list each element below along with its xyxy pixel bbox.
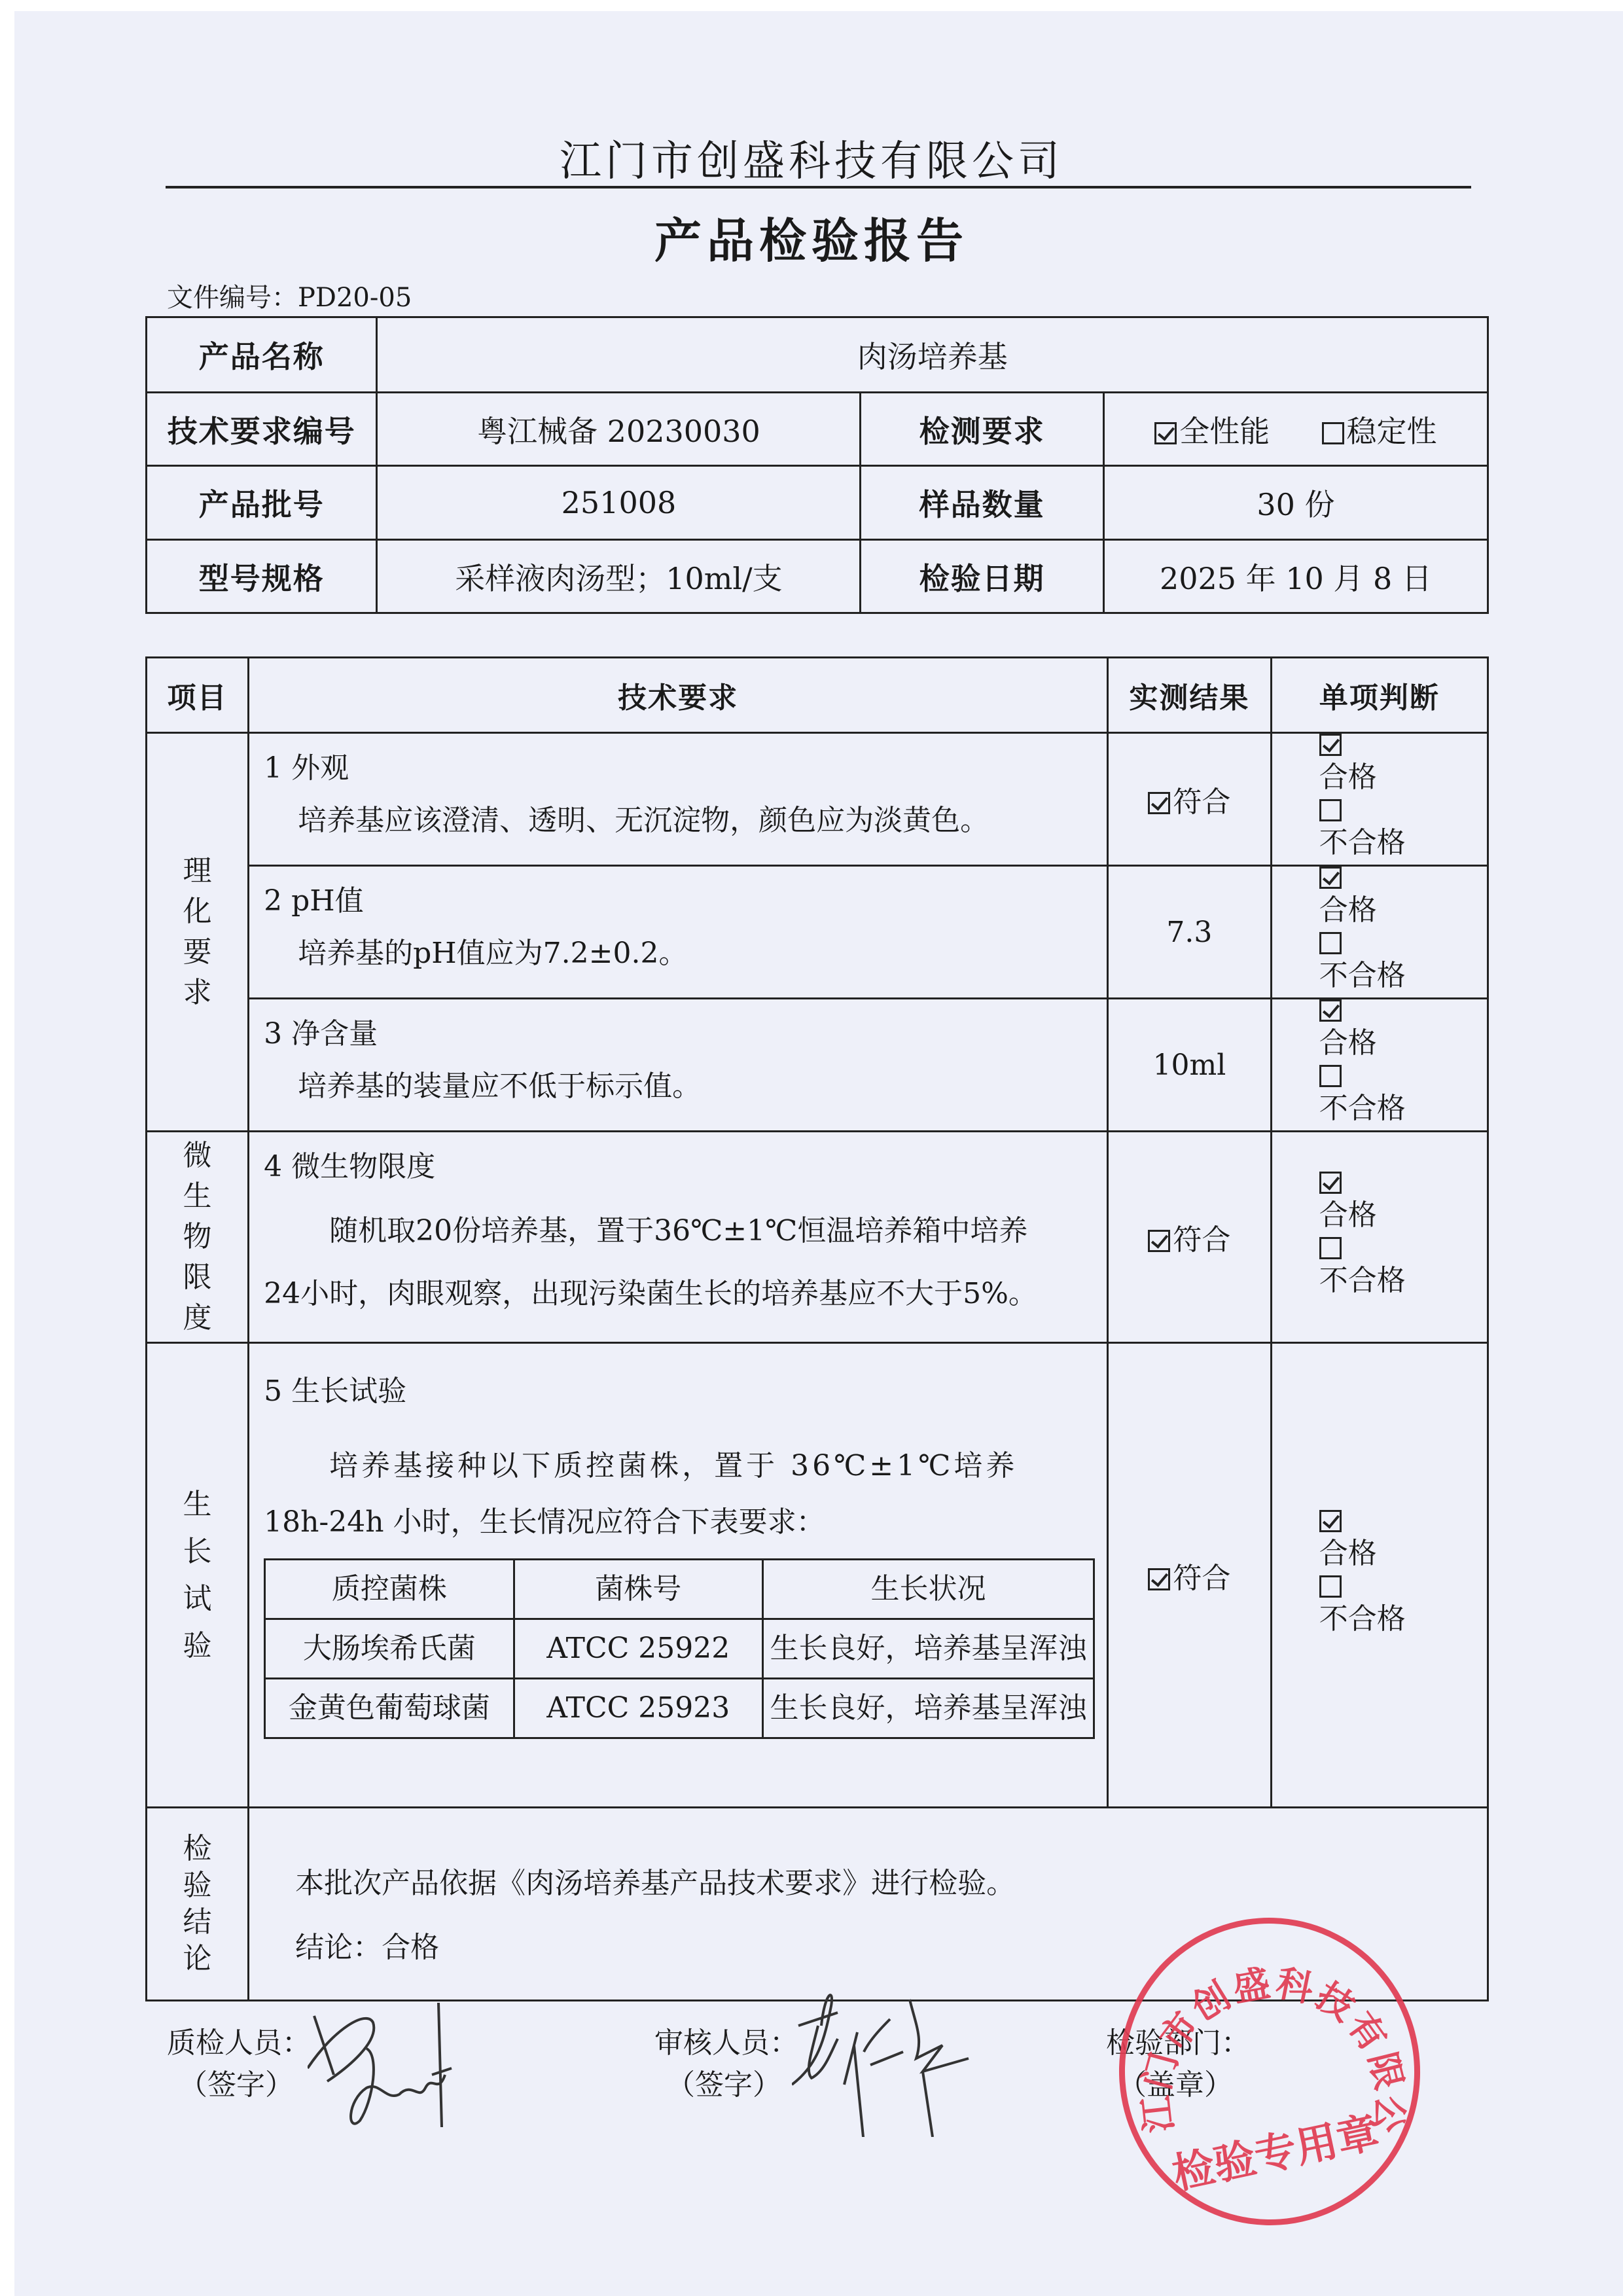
requirement-ph: 2 pH值 培养基的pH值应为7.2±0.2。 xyxy=(249,866,1108,999)
table-row: 3 净含量 培养基的装量应不低于标示值。 10ml 合格 不合格 xyxy=(147,999,1488,1132)
checkbox-fail[interactable] xyxy=(1319,1065,1342,1087)
option-stability: 稳定性 xyxy=(1347,414,1437,449)
document-number: 文件编号：PD20-05 xyxy=(167,277,412,314)
inspector-signature xyxy=(308,2003,524,2160)
checkbox-fail[interactable] xyxy=(1319,932,1342,954)
checkbox-fail[interactable] xyxy=(1319,1237,1342,1259)
reviewer-sub: （签字） xyxy=(654,2064,798,2106)
category-conclusion: 检 验 结 论 xyxy=(147,1808,249,2001)
report-title: 产品检验报告 xyxy=(0,203,1623,271)
model-value: 采样液肉汤型；10ml/支 xyxy=(377,540,861,613)
results-table: 项目 技术要求 实测结果 单项判断 理 化 要 求 1 外观 培养基应该澄清、透… xyxy=(145,656,1489,2001)
product-info-table: 产品名称 肉汤培养基 技术要求编号 粤江械备 20230030 检测要求 全性能… xyxy=(145,316,1489,614)
requirement-appearance: 1 外观 培养基应该澄清、透明、无沉淀物，颜色应为淡黄色。 xyxy=(249,733,1108,866)
table-row: 理 化 要 求 1 外观 培养基应该澄清、透明、无沉淀物，颜色应为淡黄色。 符合… xyxy=(147,733,1488,866)
model-label: 型号规格 xyxy=(147,540,377,613)
judgment-growth-test: 合格 不合格 xyxy=(1271,1343,1488,1808)
judgment-microbial-limit: 合格 不合格 xyxy=(1271,1132,1488,1343)
category-physchem: 理 化 要 求 xyxy=(147,733,249,1132)
checkbox-pass[interactable] xyxy=(1319,999,1342,1022)
checkbox-result-conform[interactable] xyxy=(1148,1230,1170,1252)
result-microbial-limit: 符合 xyxy=(1108,1132,1272,1343)
category-microbial-limit: 微 生 物 限 度 xyxy=(147,1132,249,1343)
reviewer-signature-block: 审核人员： （签字） xyxy=(654,2022,798,2106)
sample-qty-label: 样品数量 xyxy=(861,466,1103,540)
table-row: 生 长 试 验 5 生长试验 培养基接种以下质控菌株，置于 36℃±1℃培养 1… xyxy=(147,1343,1488,1808)
test-req-options: 全性能 稳定性 xyxy=(1103,393,1488,466)
header-judgment: 单项判断 xyxy=(1271,658,1488,733)
tech-req-no-value: 粤江械备 20230030 xyxy=(377,393,861,466)
checkbox-pass[interactable] xyxy=(1319,1172,1342,1194)
strain-header-id: 菌株号 xyxy=(514,1560,762,1619)
result-net-content: 10ml xyxy=(1108,999,1272,1132)
strain-row: 大肠埃希氏菌 ATCC 25922 生长良好，培养基呈浑浊 xyxy=(265,1619,1094,1679)
result-ph: 7.3 xyxy=(1108,866,1272,999)
checkbox-result-conform[interactable] xyxy=(1148,792,1170,814)
option-full-performance: 全性能 xyxy=(1179,414,1270,449)
checkbox-fail[interactable] xyxy=(1319,1575,1342,1598)
header-requirement: 技术要求 xyxy=(249,658,1108,733)
judgment-ph: 合格 不合格 xyxy=(1271,866,1488,999)
batch-label: 产品批号 xyxy=(147,466,377,540)
product-name-value: 肉汤培养基 xyxy=(377,317,1488,393)
reviewer-signature xyxy=(792,1986,1014,2137)
sample-qty-value: 30 份 xyxy=(1103,466,1488,540)
reviewer-label: 审核人员： xyxy=(654,2022,798,2064)
company-name: 江门市创盛科技有限公司 xyxy=(0,128,1623,188)
result-growth-test: 符合 xyxy=(1108,1343,1272,1808)
inspector-signature-block: 质检人员： （签字） xyxy=(167,2022,311,2106)
checkbox-fail[interactable] xyxy=(1319,799,1342,821)
judgment-appearance: 合格 不合格 xyxy=(1271,733,1488,866)
inspector-sub: （签字） xyxy=(167,2064,311,2106)
header-item: 项目 xyxy=(147,658,249,733)
requirement-microbial-limit: 4 微生物限度 随机取20份培养基，置于36℃±1℃恒温培养箱中培养 24小时，… xyxy=(249,1132,1108,1343)
strain-header-growth: 生长状况 xyxy=(762,1560,1094,1619)
checkbox-full-performance[interactable] xyxy=(1154,422,1177,444)
checkbox-pass[interactable] xyxy=(1319,734,1342,756)
checkbox-stability[interactable] xyxy=(1322,422,1344,444)
requirement-growth-test: 5 生长试验 培养基接种以下质控菌株，置于 36℃±1℃培养 18h-24h 小… xyxy=(249,1343,1108,1808)
test-req-label: 检测要求 xyxy=(861,393,1103,466)
table-row: 2 pH值 培养基的pH值应为7.2±0.2。 7.3 合格 不合格 xyxy=(147,866,1488,999)
strain-header-name: 质控菌株 xyxy=(265,1560,514,1619)
category-growth-test: 生 长 试 验 xyxy=(147,1343,249,1808)
product-name-label: 产品名称 xyxy=(147,317,377,393)
strain-table: 质控菌株 菌株号 生长状况 大肠埃希氏菌 ATCC 25922 生长良好，培养基… xyxy=(264,1558,1095,1739)
batch-value: 251008 xyxy=(377,466,861,540)
checkbox-pass[interactable] xyxy=(1319,1510,1342,1532)
test-date-value: 2025 年 10 月 8 日 xyxy=(1103,540,1488,613)
header-result: 实测结果 xyxy=(1108,658,1272,733)
requirement-net-content: 3 净含量 培养基的装量应不低于标示值。 xyxy=(249,999,1108,1132)
strain-row: 金黄色葡萄球菌 ATCC 25923 生长良好，培养基呈浑浊 xyxy=(265,1679,1094,1738)
title-divider xyxy=(166,186,1471,188)
company-inspection-stamp: 江门市创盛科技有限公司 检验专用章 xyxy=(1109,1908,1431,2236)
result-appearance: 符合 xyxy=(1108,733,1272,866)
checkbox-pass[interactable] xyxy=(1319,867,1342,889)
checkbox-result-conform[interactable] xyxy=(1148,1568,1170,1590)
table-row: 微 生 物 限 度 4 微生物限度 随机取20份培养基，置于36℃±1℃恒温培养… xyxy=(147,1132,1488,1343)
tech-req-no-label: 技术要求编号 xyxy=(147,393,377,466)
test-date-label: 检验日期 xyxy=(861,540,1103,613)
judgment-net-content: 合格 不合格 xyxy=(1271,999,1488,1132)
inspector-label: 质检人员： xyxy=(167,2022,311,2064)
